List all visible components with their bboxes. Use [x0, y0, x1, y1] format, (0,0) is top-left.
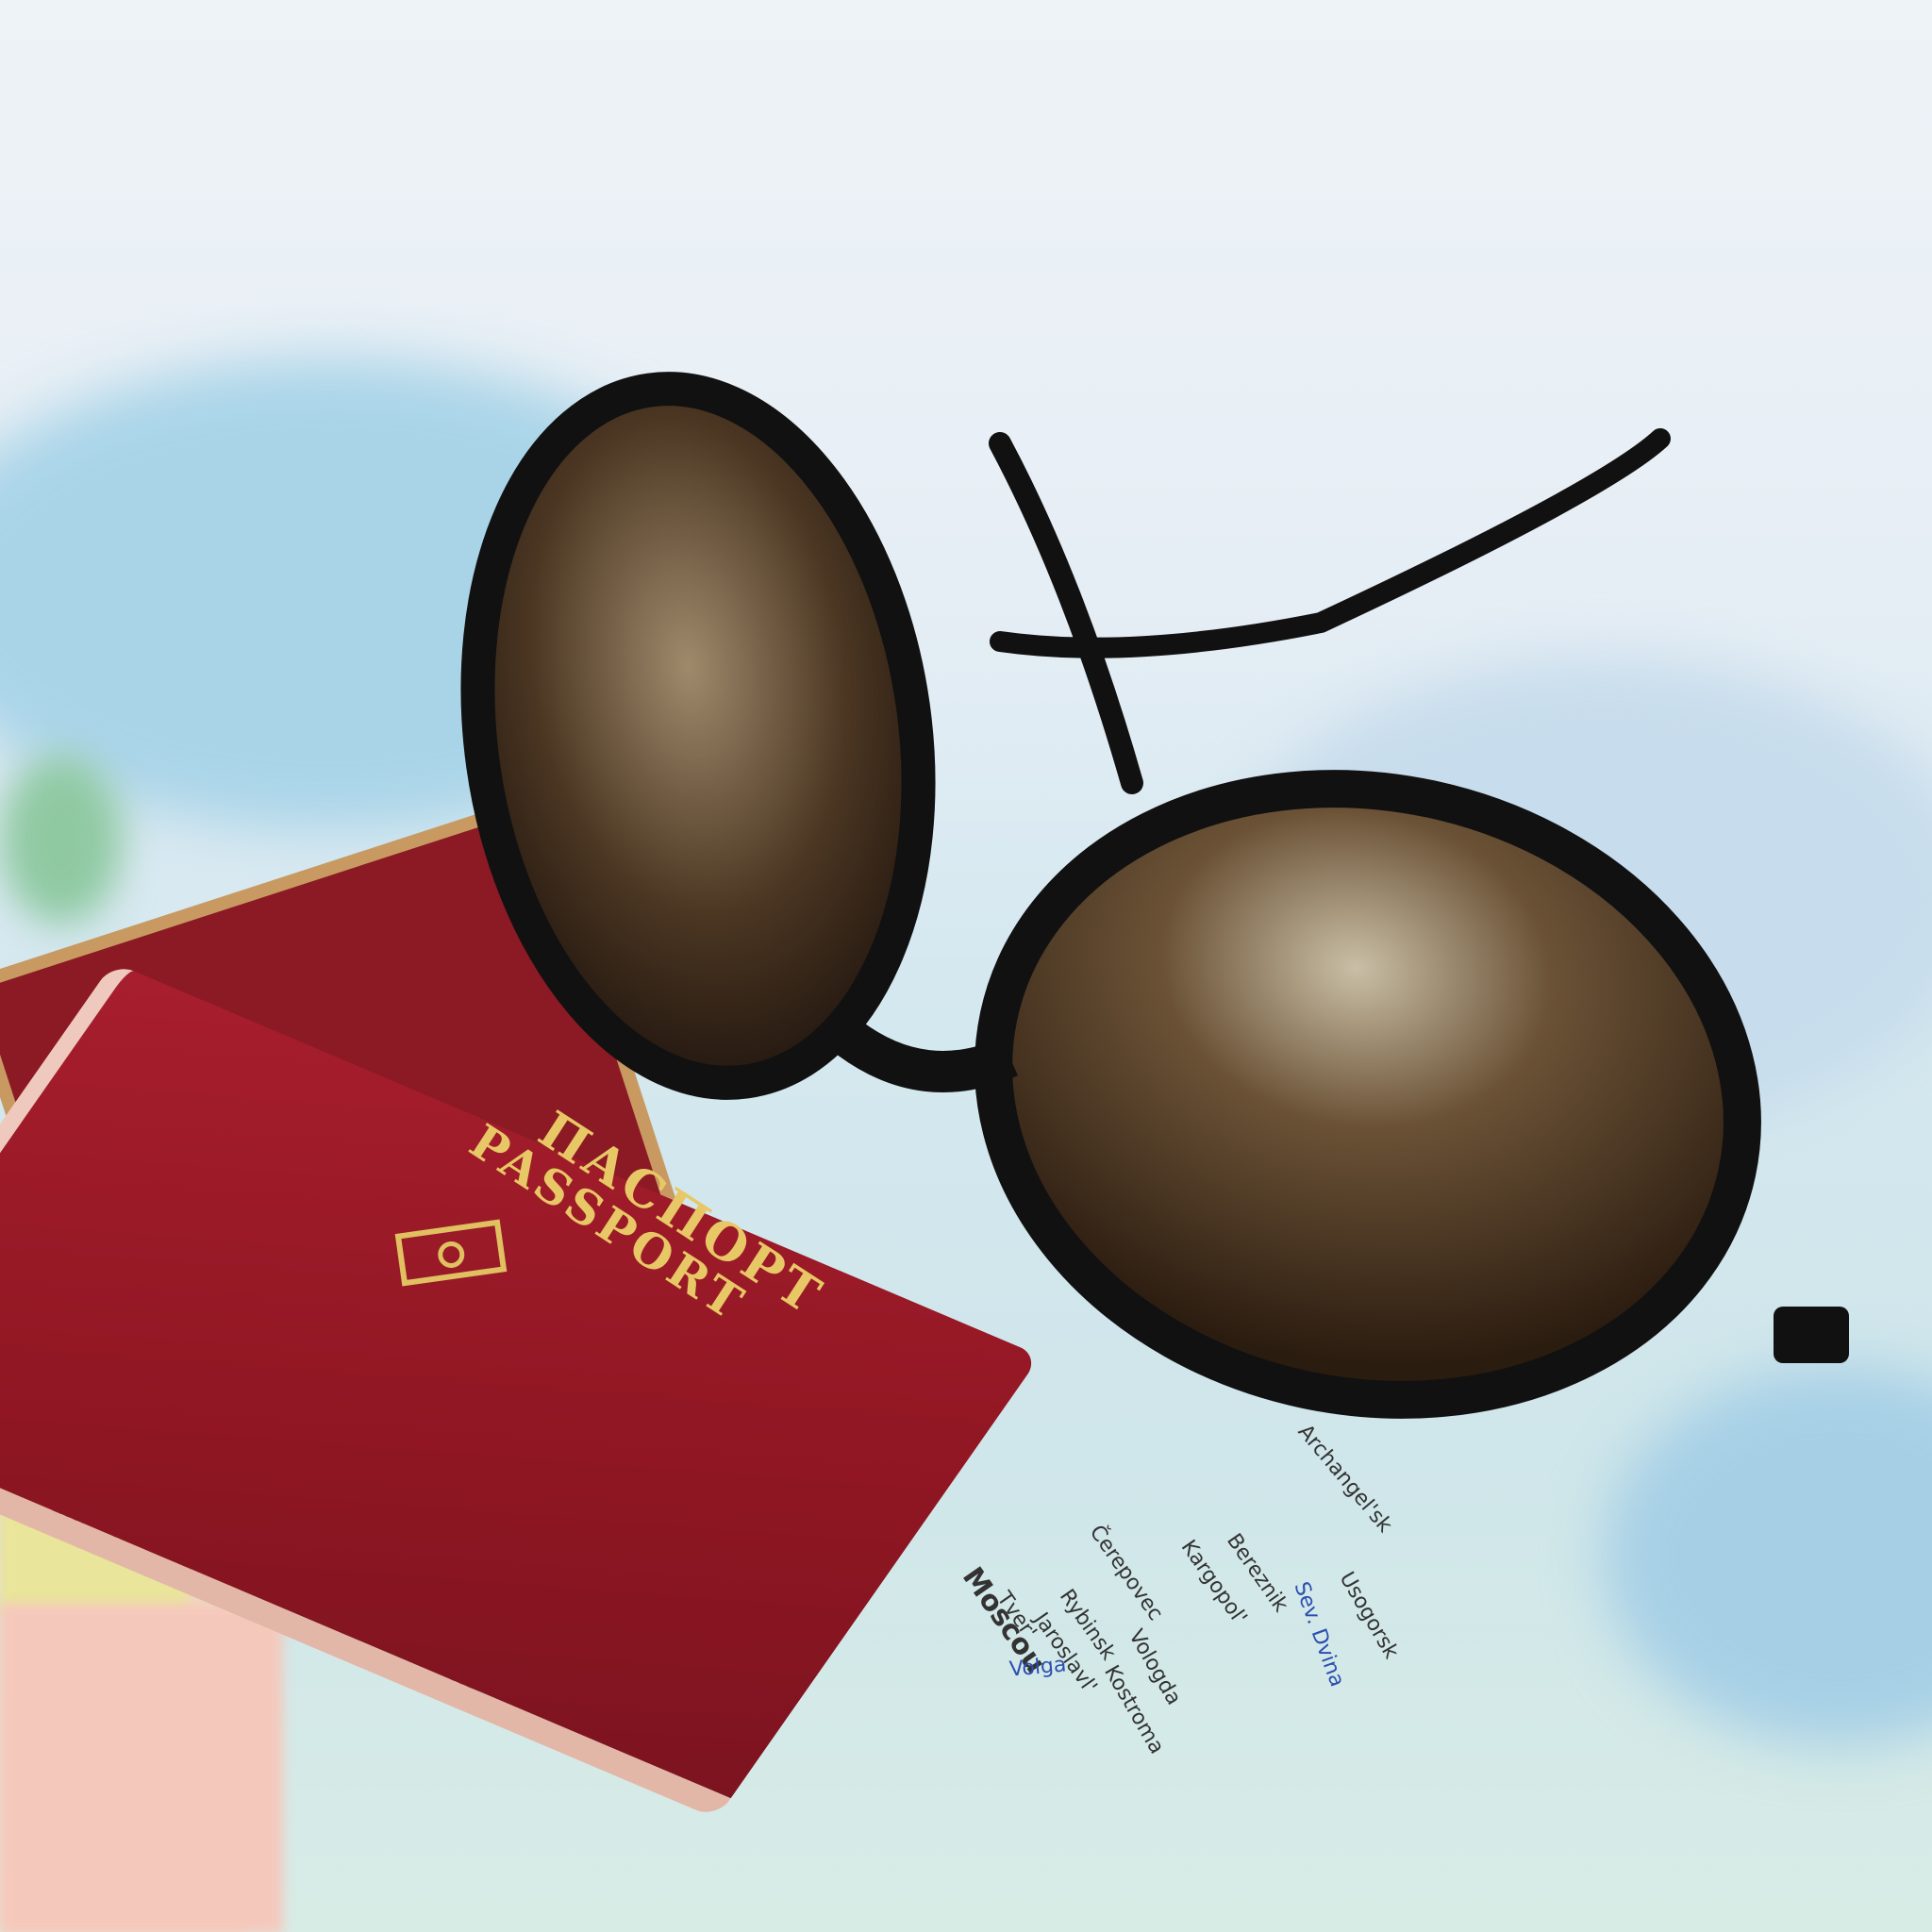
sunglasses — [0, 0, 1932, 1932]
